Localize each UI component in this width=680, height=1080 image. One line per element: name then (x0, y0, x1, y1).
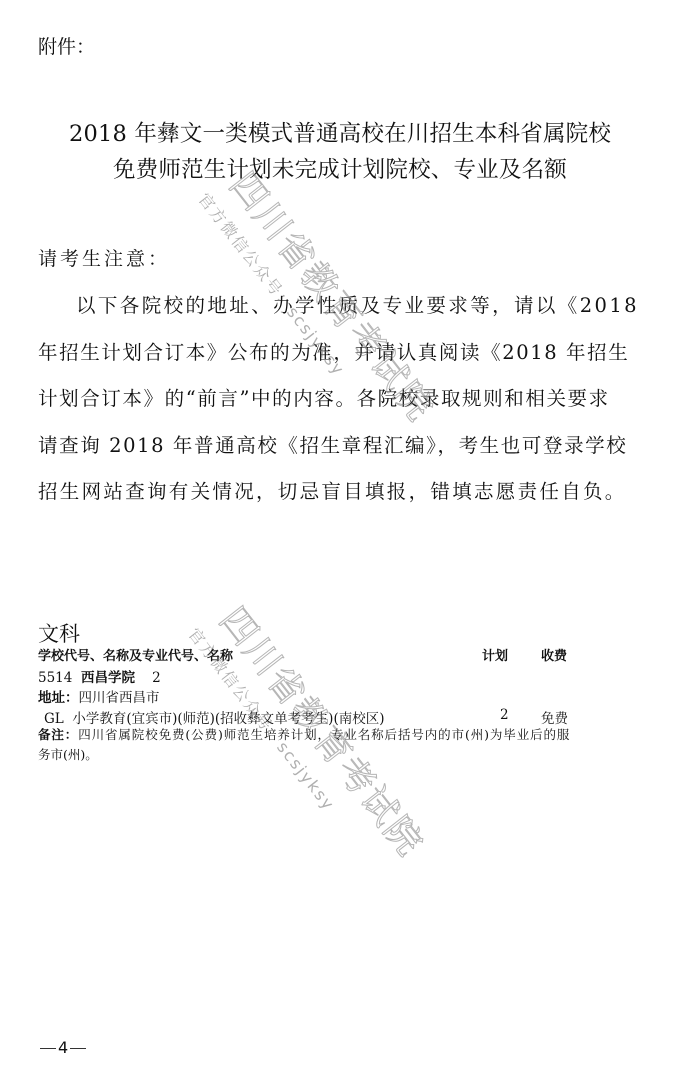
major-row: GL 小学教育(宜宾市)(师范)(招收彝文单考考生)(南校区) (44, 707, 384, 727)
remark-row: 备注：四川省属院校免费(公费)师范生培养计划，专业名称后括号内的市(州)为毕业后… (38, 725, 570, 743)
remark-label: 备注： (38, 727, 78, 742)
table-header-fee: 收费 (541, 645, 567, 664)
school-total-plan: 2 (152, 670, 161, 686)
dash-right (70, 1048, 86, 1049)
notice-paragraph-line: 请查询 2018 年普通高校《招生章程汇编》，考生也可登录学校 (38, 430, 627, 458)
notice-paragraph-line: 以下各院校的地址、办学性质及专业要求等，请以《2018 (76, 290, 639, 318)
remark-text: 四川省属院校免费(公费)师范生培养计划，专业名称后括号内的市(州)为毕业后的服 (78, 727, 570, 742)
address-value: 四川省西昌市 (79, 690, 160, 706)
section-title: 文科 (38, 618, 80, 648)
remark-row-continued: 务市(州)。 (38, 745, 98, 763)
school-address-row: 地址：四川省西昌市 (38, 686, 160, 706)
school-name: 西昌学院 (81, 670, 135, 686)
major-plan: 2 (500, 707, 509, 723)
school-code: 5514 (38, 670, 72, 686)
notice-heading: 请考生注意： (38, 244, 170, 271)
address-label: 地址： (38, 690, 79, 706)
major-fee: 免费 (541, 707, 568, 727)
dash-left (40, 1048, 56, 1049)
notice-paragraph-line: 计划合订本》的“前言”中的内容。各院校录取规则和相关要求 (38, 383, 610, 411)
table-header-plan: 计划 (482, 645, 508, 664)
notice-paragraph-line: 招生网站查询有关情况，切忌盲目填报，错填志愿责任自负。 (38, 476, 627, 504)
attachment-label: 附件： (38, 32, 95, 59)
page-number-value: 4 (58, 1038, 68, 1057)
school-row: 5514 西昌学院 2 (38, 666, 161, 686)
table-header-name: 学校代号、名称及专业代号、名称 (38, 645, 233, 664)
page-number: 4 (38, 1038, 88, 1057)
document-title-line-2: 免费师范生计划未完成计划院校、专业及名额 (0, 152, 680, 184)
notice-paragraph-line: 年招生计划合订本》公布的为准，并请认真阅读《2018 年招生 (38, 337, 629, 365)
document-title-line-1: 2018 年彝文一类模式普通高校在川招生本科省属院校 (0, 116, 680, 148)
